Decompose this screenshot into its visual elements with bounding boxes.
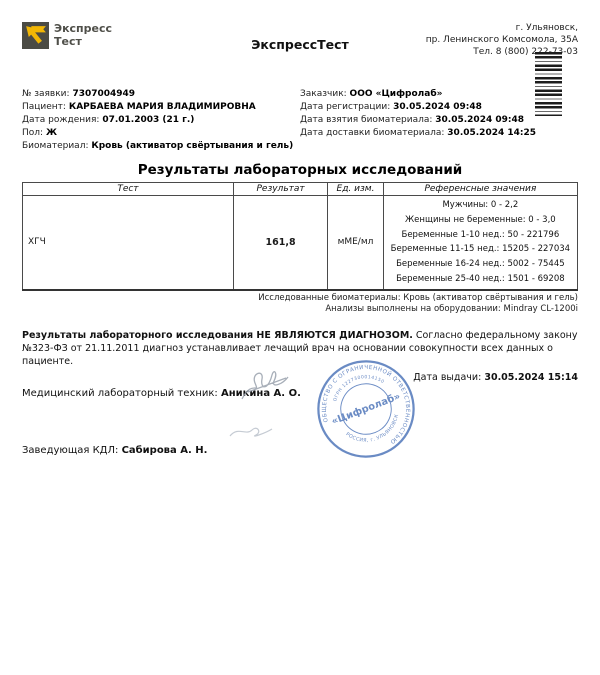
- registration-date-value: 30.05.2024 09:48: [393, 102, 482, 112]
- biomaterial-value: Кровь (активатор свёртывания и гель): [91, 141, 293, 151]
- test-unit-cell: мМЕ/мл: [328, 196, 384, 290]
- reference-line-preg-16-24: Беременные 16-24 нед.: 5002 - 75445: [384, 257, 577, 272]
- arrow-flag-icon: [22, 22, 49, 49]
- delivery-date-line: Дата доставки биоматериала: 30.05.2024 1…: [300, 127, 578, 140]
- delivery-date-label: Дата доставки биоматериала:: [300, 128, 444, 138]
- technician-label: Медицинский лабораторный техник:: [22, 388, 218, 399]
- order-info: № заявки: 7307004949 Пациент: КАРБАЕВА М…: [0, 58, 600, 153]
- customer-label: Заказчик:: [300, 89, 347, 99]
- biomaterial-line: Биоматериал: Кровь (активатор свёртывани…: [22, 140, 300, 153]
- lab-name-title: ЭкспрессТест: [212, 22, 388, 52]
- col-header-test: Тест: [23, 183, 234, 196]
- birthdate-label: Дата рождения:: [22, 115, 99, 125]
- request-number-line: № заявки: 7307004949: [22, 88, 300, 101]
- patient-line: Пациент: КАРБАЕВА МАРИЯ ВЛАДИМИРОВНА: [22, 101, 300, 114]
- equipment-note: Анализы выполнены на оборудовании: Mindr…: [22, 304, 578, 316]
- results-title: Результаты лабораторных исследований: [0, 162, 600, 178]
- sex-label: Пол:: [22, 128, 43, 138]
- collection-date-label: Дата взятия биоматериала:: [300, 115, 432, 125]
- test-result-cell: 161,8: [233, 196, 327, 290]
- sex-line: Пол: Ж: [22, 127, 300, 140]
- patient-info-column: № заявки: 7307004949 Пациент: КАРБАЕВА М…: [22, 88, 300, 153]
- logo-line-1: Экспресс: [54, 23, 112, 36]
- address-city: г. Ульяновск,: [388, 22, 578, 34]
- head-kdl-label: Заведующая КДЛ:: [22, 445, 118, 456]
- reference-line-preg-25-40: Беременные 25-40 нед.: 1501 - 69208: [384, 272, 577, 287]
- disclaimer-bold: Результаты лабораторного исследования НЕ…: [22, 330, 413, 341]
- reference-line-women: Женщины не беременные: 0 - 3,0: [384, 213, 577, 228]
- sex-value: Ж: [46, 128, 57, 138]
- biomaterial-label: Биоматериал:: [22, 141, 88, 151]
- issue-date-line: Дата выдачи: 30.05.2024 15:14: [22, 372, 578, 383]
- registration-date-label: Дата регистрации:: [300, 102, 390, 112]
- col-header-references: Референсные значения: [383, 183, 577, 196]
- lab-logo: Экспресс Тест: [22, 22, 212, 49]
- delivery-date-value: 30.05.2024 14:25: [447, 128, 536, 138]
- head-kdl-name: Сабирова А. Н.: [122, 445, 208, 456]
- customer-value: ООО «Цифролаб»: [350, 89, 443, 99]
- issue-date-label: Дата выдачи:: [413, 372, 481, 383]
- head-kdl-signature: [226, 420, 278, 446]
- reference-line-preg-11-15: Беременные 11-15 нед.: 15205 - 227034: [384, 242, 577, 257]
- patient-label: Пациент:: [22, 102, 66, 112]
- col-header-result: Результат: [233, 183, 327, 196]
- logo-line-2: Тест: [54, 36, 112, 49]
- lab-logo-icon: [22, 22, 49, 49]
- reference-line-preg-1-10: Беременные 1-10 нед.: 50 - 221796: [384, 228, 577, 243]
- address-street: пр. Ленинского Комсомола, 35А: [388, 34, 578, 46]
- test-name-cell: ХГЧ: [23, 196, 234, 290]
- birthdate-value: 07.01.2003 (21 г.): [102, 115, 194, 125]
- studied-biomaterials-note: Исследованные биоматериалы: Кровь (актив…: [22, 293, 578, 305]
- barcode: [535, 52, 562, 116]
- table-footnotes: Исследованные биоматериалы: Кровь (актив…: [22, 293, 578, 316]
- results-table-header-row: Тест Результат Ед. изм. Референсные знач…: [23, 183, 578, 196]
- company-stamp: ОБЩЕСТВО С ОГРАНИЧЕННОЙ ОТВЕТСТВЕННОСТЬЮ…: [310, 353, 422, 465]
- patient-value: КАРБАЕВА МАРИЯ ВЛАДИМИРОВНА: [69, 102, 256, 112]
- disclaimer: Результаты лабораторного исследования НЕ…: [22, 329, 578, 368]
- stamp-rotated-group: ОБЩЕСТВО С ОГРАНИЧЕННОЙ ОТВЕТСТВЕННОСТЬЮ…: [310, 353, 422, 465]
- request-number-value: 7307004949: [72, 89, 135, 99]
- col-header-unit: Ед. изм.: [328, 183, 384, 196]
- collection-date-value: 30.05.2024 09:48: [435, 115, 524, 125]
- results-table: Тест Результат Ед. изм. Референсные знач…: [22, 182, 578, 291]
- head-kdl-line: Заведующая КДЛ: Сабирова А. Н.: [22, 445, 578, 456]
- reference-values-cell: Мужчины: 0 - 2,2 Женщины не беременные: …: [383, 196, 577, 290]
- issue-date-value: 30.05.2024 15:14: [484, 372, 578, 383]
- header: Экспресс Тест ЭкспрессТест г. Ульяновск,…: [0, 0, 600, 58]
- table-row: ХГЧ 161,8 мМЕ/мл Мужчины: 0 - 2,2 Женщин…: [23, 196, 578, 290]
- technician-line: Медицинский лабораторный техник: Аникина…: [22, 388, 578, 399]
- technician-signature: [238, 365, 300, 407]
- birthdate-line: Дата рождения: 07.01.2003 (21 г.): [22, 114, 300, 127]
- lab-logo-text: Экспресс Тест: [54, 22, 112, 48]
- reference-line-men: Мужчины: 0 - 2,2: [384, 198, 577, 213]
- request-number-label: № заявки:: [22, 89, 70, 99]
- lab-report-page: Экспресс Тест ЭкспрессТест г. Ульяновск,…: [0, 0, 600, 675]
